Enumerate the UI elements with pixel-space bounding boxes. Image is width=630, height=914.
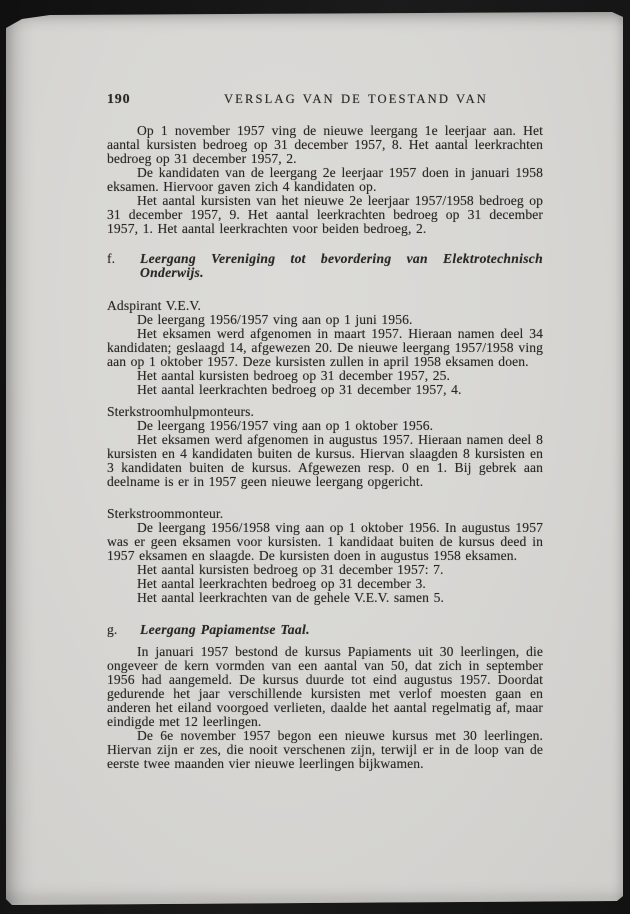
subsection-heading: Sterkstroommonteur.	[107, 507, 543, 521]
document-page: 190 VERSLAG VAN DE TOESTAND VAN Op 1 nov…	[6, 12, 623, 905]
paragraph: Het eksamen werd afgenomen in maart 1957…	[107, 327, 543, 369]
running-header: VERSLAG VAN DE TOESTAND VAN	[203, 92, 543, 106]
paragraph: Het aantal kursisten bedroeg op 31 decem…	[107, 563, 543, 577]
paragraph: Het aantal kursisten bedroeg op 31 decem…	[107, 369, 543, 383]
page-header: 190 VERSLAG VAN DE TOESTAND VAN	[107, 92, 543, 107]
paragraph: Het aantal kursisten van het nieuwe 2e l…	[107, 194, 543, 236]
paragraph: De kandidaten van de leergang 2e leerjaa…	[107, 166, 543, 194]
section-f: f. Leergang Vereniging tot bevordering v…	[107, 252, 543, 605]
subsection-sterkstroomhulpmonteurs: Sterkstroomhulpmonteurs. De leergang 195…	[107, 405, 543, 489]
paragraph: Op 1 november 1957 ving de nieuwe leerga…	[107, 124, 543, 166]
section-g-label: g.	[107, 623, 140, 637]
paragraph: Het aantal leerkrachten bedroeg op 31 de…	[107, 577, 543, 591]
paragraph: Het aantal leerkrachten bedroeg op 31 de…	[107, 383, 543, 397]
paragraph: Het aantal leerkrachten van de gehele V.…	[107, 591, 543, 605]
section-f-label: f.	[107, 252, 140, 266]
section-g: g. Leergang Papiamentse Taal. In januari…	[107, 623, 543, 771]
page-number: 190	[107, 93, 203, 107]
section-g-heading: g. Leergang Papiamentse Taal.	[107, 623, 543, 637]
text-column: 190 VERSLAG VAN DE TOESTAND VAN Op 1 nov…	[107, 92, 543, 771]
subsection-heading: Sterkstroomhulpmonteurs.	[107, 405, 543, 419]
section-g-title: Leergang Papiamentse Taal.	[140, 623, 543, 637]
subsection-heading: Adspirant V.E.V.	[107, 299, 543, 313]
paragraph: De leergang 1956/1957 ving aan op 1 juni…	[107, 313, 543, 327]
subsection-adspirant-vev: Adspirant V.E.V. De leergang 1956/1957 v…	[107, 299, 543, 397]
paragraph: De 6e november 1957 begon een nieuwe kur…	[107, 729, 543, 771]
subsection-sterkstroommonteur: Sterkstroommonteur. De leergang 1956/195…	[107, 507, 543, 605]
section-f-title: Leergang Vereniging tot bevordering van …	[140, 252, 543, 280]
paragraph: De leergang 1956/1957 ving aan op 1 okto…	[107, 419, 543, 433]
section-f-heading: f. Leergang Vereniging tot bevordering v…	[107, 252, 543, 280]
scanner-background: 190 VERSLAG VAN DE TOESTAND VAN Op 1 nov…	[0, 0, 630, 914]
paragraph: De leergang 1956/1958 ving aan op 1 okto…	[107, 521, 543, 563]
paragraph: In januari 1957 bestond de kursus Papiam…	[107, 645, 543, 729]
paragraph: Het eksamen werd afgenomen in augustus 1…	[107, 433, 543, 489]
